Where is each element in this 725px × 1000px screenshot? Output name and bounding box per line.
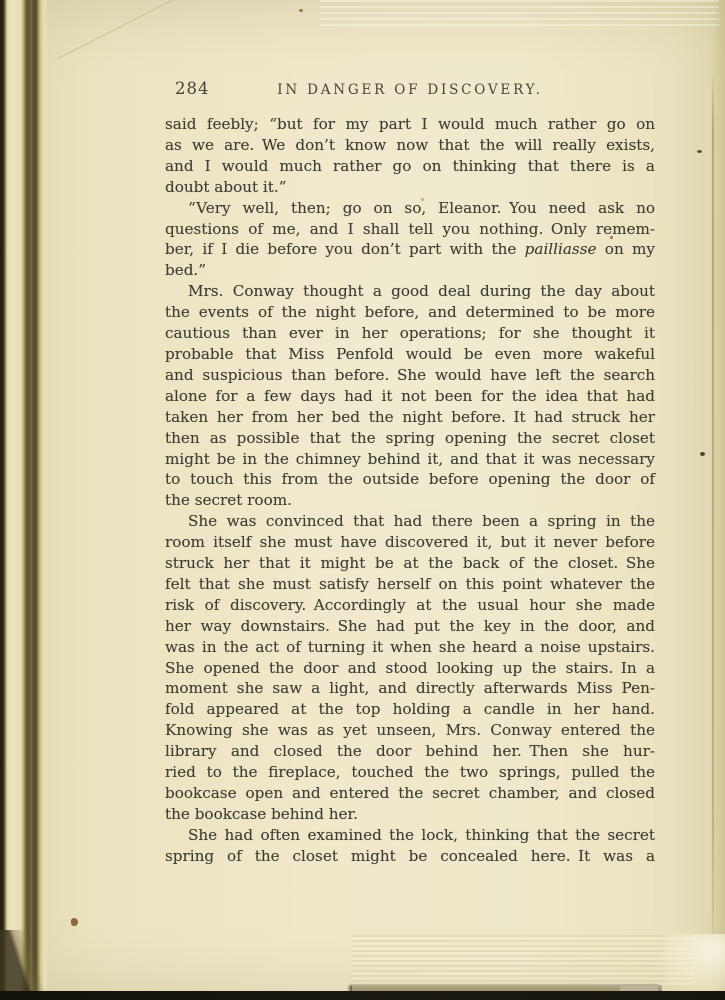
- text-line: as we are. We don’t know now that the wi…: [165, 135, 655, 156]
- page-speck: [421, 198, 424, 201]
- body-text: said feebly; “but for my part I would mu…: [165, 114, 655, 867]
- running-title: IN DANGER OF DISCOVERY.: [165, 82, 655, 98]
- page-speck: [71, 918, 78, 926]
- page-speck: [610, 236, 613, 239]
- text-line: library and closed the door behind her. …: [165, 741, 655, 762]
- text-line: Knowing she was as yet unseen, Mrs. Conw…: [165, 720, 655, 741]
- paper-crease: [58, 0, 179, 59]
- text-line: the events of the night before, and dete…: [165, 302, 655, 323]
- text-line: said feebly; “but for my part I would mu…: [165, 114, 655, 135]
- binding-gutter: [0, 0, 48, 1000]
- top-page-edges: [320, 0, 719, 26]
- text-line: ried to the fireplace, touched the two s…: [165, 762, 655, 783]
- text-line: fold appeared at the top holding a candl…: [165, 699, 655, 720]
- text-line: might be in the chimney behind it, and t…: [165, 449, 655, 470]
- page-speck: [299, 9, 303, 12]
- text-line: the secret room.: [165, 490, 655, 511]
- text-line: felt that she must satisfy herself on th…: [165, 574, 655, 595]
- right-edge-shadow: [711, 0, 725, 1000]
- text-line: bookcase open and entered the secret cha…: [165, 783, 655, 804]
- bottom-page-edges: [352, 935, 695, 987]
- text-line: struck her that it might be at the back …: [165, 553, 655, 574]
- text-line: probable that Miss Penfold would be even…: [165, 344, 655, 365]
- text-line: her way downstairs. She had put the key …: [165, 616, 655, 637]
- line-segment: ber, if I die before you don’t part with…: [165, 240, 525, 258]
- text-line: then as possible that the spring opening…: [165, 428, 655, 449]
- text-line: alone for a few days had it not been for…: [165, 386, 655, 407]
- text-line: and I would much rather go on thinking t…: [165, 156, 655, 177]
- text-line: bed.”: [165, 260, 655, 281]
- line-segment: on my: [597, 240, 656, 258]
- italic-word: pailliasse: [525, 240, 597, 258]
- text-line: to touch this from the outside before op…: [165, 469, 655, 490]
- text-line: the bookcase behind her.: [165, 804, 655, 825]
- text-line: She was convinced that had there been a …: [165, 511, 655, 532]
- text-line: Mrs. Conway thought a good deal during t…: [165, 281, 655, 302]
- text-line: spring of the closet might be concealed …: [165, 846, 655, 867]
- text-line: She had often examined the lock, thinkin…: [165, 825, 655, 846]
- text-line: “Very well, then; go on so, Eleanor. You…: [165, 198, 655, 219]
- bottom-dark-band: [0, 991, 725, 1000]
- text-line: taken her from her bed the night before.…: [165, 407, 655, 428]
- text-line: ber, if I die before you don’t part with…: [165, 239, 655, 260]
- bottom-right-page-corner: [663, 934, 725, 992]
- page-speck: [697, 150, 702, 153]
- book-page-scan: 284 IN DANGER OF DISCOVERY. said feebly;…: [0, 0, 725, 1000]
- text-line: doubt about it.”: [165, 177, 655, 198]
- text-line: moment she saw a light, and directly aft…: [165, 678, 655, 699]
- binding-gutter-curve: [0, 930, 95, 1000]
- text-line: cautious than ever in her operations; fo…: [165, 323, 655, 344]
- page-speck: [700, 452, 705, 456]
- text-line: room itself she must have discovered it,…: [165, 532, 655, 553]
- text-line: questions of me, and I shall tell you no…: [165, 219, 655, 240]
- text-line: She opened the door and stood looking up…: [165, 658, 655, 679]
- text-line: risk of discovery. Accordingly at the us…: [165, 595, 655, 616]
- text-line: and suspicious than before. She would ha…: [165, 365, 655, 386]
- page-header: 284 IN DANGER OF DISCOVERY.: [165, 79, 655, 101]
- text-line: was in the act of turning it when she he…: [165, 637, 655, 658]
